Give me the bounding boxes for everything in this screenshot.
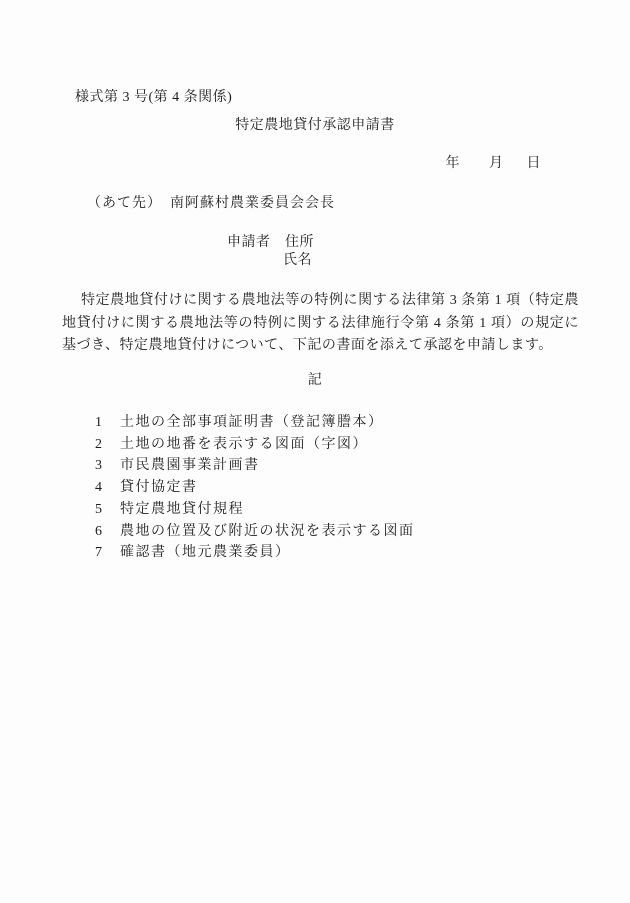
attachment-item-number: 5: [95, 499, 106, 521]
applicant-block: 申請者 住所 氏名: [227, 234, 314, 270]
document-page: 様式第 3 号(第 4 条関係) 特定農地貸付承認申請書 年月日 （あて先） 南…: [0, 0, 630, 903]
date-month-label: 月: [489, 156, 504, 171]
date-line: 年月日: [0, 155, 630, 173]
applicant-name-label: 氏名: [283, 252, 314, 270]
attachment-list-item: 5 特定農地貸付規程: [95, 499, 415, 521]
document-title: 特定農地貸付承認申請書: [0, 117, 630, 135]
attachment-item-text: 農地の位置及び附近の状況を表示する図面: [120, 521, 415, 543]
date-year-label: 年: [446, 156, 461, 171]
body-paragraph: 特定農地貸付けに関する農地法等の特例に関する法律第 3 条第 1 項（特定農 地…: [62, 290, 579, 358]
attachment-list: 1 土地の全部事項証明書（登記簿謄本） 2 土地の地番を表示する図面（字図） 3…: [95, 412, 415, 564]
body-paragraph-line: 基づき、特定農地貸付けについて、下記の書面を添えて承認を申請します。: [62, 335, 579, 358]
applicant-address-line: 申請者 住所: [227, 234, 314, 252]
attachment-list-item: 1 土地の全部事項証明書（登記簿謄本）: [95, 412, 415, 434]
attachment-item-text: 確認書（地元農業委員）: [120, 542, 291, 564]
body-paragraph-line: 地貸付けに関する農地法等の特例に関する法律施行令第 4 条第 1 項）の規定に: [62, 313, 579, 336]
attachment-list-item: 6 農地の位置及び附近の状況を表示する図面: [95, 521, 415, 543]
attachment-item-number: 6: [95, 521, 106, 543]
attachment-list-item: 4 貸付協定書: [95, 477, 415, 499]
body-paragraph-line: 特定農地貸付けに関する農地法等の特例に関する法律第 3 条第 1 項（特定農: [62, 290, 579, 313]
attachment-item-text: 市民農園事業計画書: [120, 455, 260, 477]
attachment-item-text: 貸付協定書: [120, 477, 198, 499]
attachment-item-number: 1: [95, 412, 106, 434]
attachment-item-number: 2: [95, 434, 106, 456]
attachment-item-number: 3: [95, 455, 106, 477]
attachment-list-item: 7 確認書（地元農業委員）: [95, 542, 415, 564]
addressee-line: （あて先） 南阿蘇村農業委員会会長: [87, 195, 335, 213]
date-day-label: 日: [527, 156, 542, 171]
attachment-item-number: 7: [95, 542, 106, 564]
applicant-address-label: 住所: [285, 235, 314, 250]
attachment-item-text: 土地の全部事項証明書（登記簿謄本）: [120, 412, 384, 434]
attachment-item-text: 特定農地貸付規程: [120, 499, 244, 521]
section-marker: 記: [0, 372, 630, 390]
attachment-item-number: 4: [95, 477, 106, 499]
applicant-label-separator: [271, 235, 286, 250]
form-number: 様式第 3 号(第 4 条関係): [75, 89, 232, 107]
applicant-label: 申請者: [227, 235, 271, 250]
attachment-list-item: 3 市民農園事業計画書: [95, 455, 415, 477]
attachment-list-item: 2 土地の地番を表示する図面（字図）: [95, 434, 415, 456]
attachment-item-text: 土地の地番を表示する図面（字図）: [120, 434, 368, 456]
